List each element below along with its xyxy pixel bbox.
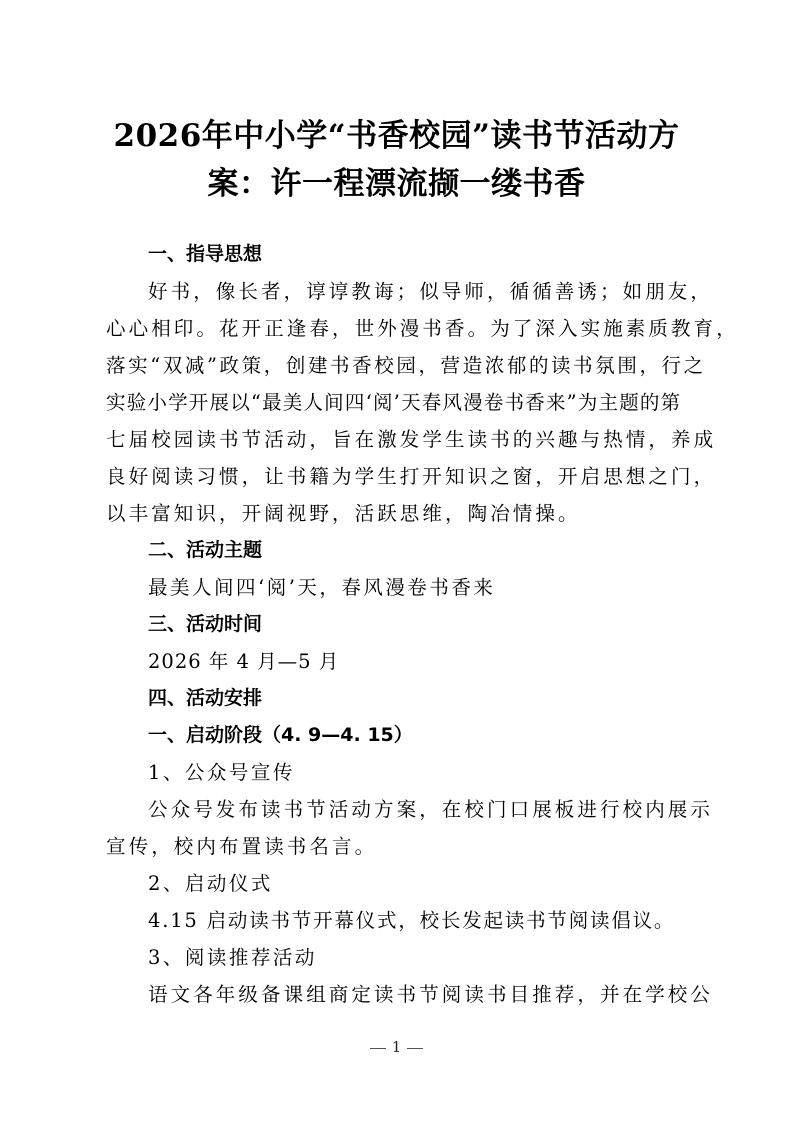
paragraph-line: 以丰富知识，开阔视野，活跃思维，陶冶情操。: [106, 495, 690, 532]
paragraph-line: 宣传，校内布置读书名言。: [106, 828, 690, 865]
paragraph-line: 心心相印。花开正逢春，世外漫书香。为了深入实施素质教育，: [106, 310, 690, 347]
paragraph-line: 良好阅读习惯，让书籍为学生打开知识之窗，开启思想之门，: [106, 458, 690, 495]
dash-right: [407, 1048, 423, 1049]
document-body: 一、指导思想 好书，像长者，谆谆教诲；似导师，循循善诱；如朋友， 心心相印。花开…: [106, 236, 690, 1013]
paragraph-line: 好书，像长者，谆谆教诲；似导师，循循善诱；如朋友，: [106, 273, 690, 310]
item-title-reading-recommendation: 3、阅读推荐活动: [106, 939, 690, 976]
guiding-ideology-paragraph: 好书，像长者，谆谆教诲；似导师，循循善诱；如朋友， 心心相印。花开正逢春，世外漫…: [106, 273, 690, 532]
title-line-1: 2026年中小学“书香校园”读书节活动方: [100, 112, 693, 160]
page-number: 1: [392, 1038, 402, 1056]
paragraph-line: 4.15 启动读书节开幕仪式，校长发起读书节阅读倡议。: [106, 902, 690, 939]
theme-text: 最美人间四‘阅’天，春风漫卷书香来: [106, 569, 690, 606]
paragraph-line: 七届校园读书节活动，旨在激发学生读书的兴趣与热情，养成: [106, 421, 690, 458]
item-title-wechat-promotion: 1、公众号宣传: [106, 754, 690, 791]
section-heading-theme: 二、活动主题: [106, 532, 690, 569]
phase-heading-launch: 一、启动阶段（4. 9—4. 15）: [106, 717, 690, 754]
dash-left: [370, 1048, 386, 1049]
document-title: 2026年中小学“书香校园”读书节活动方 案：许一程漂流撷一缕书香: [100, 112, 693, 208]
section-heading-guiding-ideology: 一、指导思想: [106, 236, 690, 273]
paragraph-line: 落实“双减”政策，创建书香校园，营造浓郁的读书氛围，行之: [106, 347, 690, 384]
item-title-launch-ceremony: 2、启动仪式: [106, 865, 690, 902]
time-text: 2026 年 4 月—5 月: [106, 643, 690, 680]
title-line-2: 案：许一程漂流撷一缕书香: [100, 160, 693, 208]
section-heading-arrangement: 四、活动安排: [106, 680, 690, 717]
section-heading-time: 三、活动时间: [106, 606, 690, 643]
paragraph-line: 语文各年级备课组商定读书节阅读书目推荐，并在学校公: [106, 976, 690, 1013]
page-number-footer: 1: [0, 1038, 793, 1056]
paragraph-line: 公众号发布读书节活动方案，在校门口展板进行校内展示: [106, 791, 690, 828]
document-page: 2026年中小学“书香校园”读书节活动方 案：许一程漂流撷一缕书香 一、指导思想…: [0, 0, 793, 1122]
paragraph-line: 实验小学开展以“最美人间四‘阅’天春风漫卷书香来”为主题的第: [106, 384, 690, 421]
